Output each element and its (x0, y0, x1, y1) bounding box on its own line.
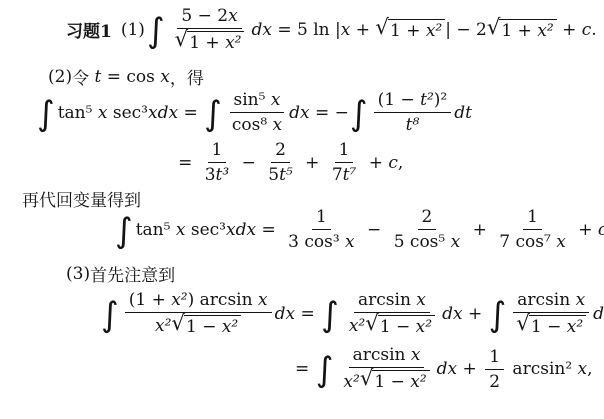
math-fn: arcsin² (507, 359, 578, 379)
integral-symbol: ∫ (204, 97, 222, 131)
numerator: 2 (418, 207, 437, 230)
denominator: 7t⁷ (328, 163, 360, 185)
math-text: | − 2 (445, 20, 487, 40)
math-text: 1 − (380, 317, 416, 337)
math-var: x² (410, 372, 426, 392)
math-var: t³ (216, 165, 230, 185)
math-fn: tan⁵ (136, 220, 176, 240)
differential: dt (454, 103, 472, 123)
math-var: x² (343, 372, 359, 392)
fraction: 5 − 2x √ 1 + x² (171, 6, 249, 53)
math-var: x (258, 290, 268, 310)
numerator: 5 − 2x (177, 6, 241, 29)
math-text: (1 + (129, 290, 172, 310)
math-text: = (256, 220, 281, 240)
sqrt: √ 1 − x² (360, 370, 430, 392)
math-var: c (388, 153, 398, 173)
math-var: t (95, 67, 102, 87)
math-text: 1 − (531, 317, 567, 337)
fraction: arcsin x x² √ 1 − x² (345, 290, 439, 337)
part3-intro-line: (3) 首先注意到 (66, 261, 175, 286)
denominator: 5 cos⁵ x (390, 230, 465, 252)
math-var: c (582, 20, 592, 40)
math-text: + (463, 304, 488, 324)
math-text: 5 − 2 (181, 6, 228, 26)
numerator: 1 (312, 207, 331, 230)
sqrt-content: 1 − x² (372, 370, 429, 392)
part2-label: (2) (48, 67, 72, 87)
integral-symbol: ∫ (115, 214, 133, 248)
math-var: x (160, 67, 170, 87)
numerator: 1 (485, 347, 504, 370)
math-text: , (398, 153, 403, 173)
math-fn: sec³ (185, 220, 226, 240)
math-var: x (273, 115, 283, 135)
math-var: x (451, 232, 461, 252)
math-var: x² (416, 317, 432, 337)
math-var: x (416, 290, 426, 310)
math-fn: 7 cos⁷ (499, 232, 556, 252)
math-text: 1 + (501, 21, 537, 41)
numerator: sin⁵ x (230, 90, 285, 113)
denominator: 3 cos³ x (284, 230, 359, 252)
denominator: 3t³ (201, 163, 233, 185)
math-text: = (178, 153, 198, 173)
math-var: x (98, 103, 108, 123)
radical-symbol: √ (487, 17, 501, 38)
differential: dx (236, 220, 256, 240)
sqrt-content: 1 − x² (184, 315, 241, 337)
math-var: x (148, 103, 158, 123)
radical-symbol: √ (375, 17, 389, 38)
sqrt-content: 1 + x² (187, 31, 244, 53)
sqrt: √ 1 − x² (516, 315, 586, 337)
math-text: = − (310, 103, 349, 123)
differential: dx (437, 359, 457, 379)
denominator: √ 1 + x² (171, 29, 249, 53)
part2-row2-rhs: = 1 3t³ − 2 5t⁵ + 1 7t⁷ + c , (178, 140, 472, 185)
math-text: + (300, 153, 325, 173)
fraction: 2 5 cos⁵ x (390, 207, 465, 252)
math-text: + (467, 220, 492, 240)
sqrt: √ 1 + x² (375, 19, 445, 41)
part3-row1-rhs: = ∫ arcsin x x² √ 1 − x² dx + ∫ arcsin x (295, 290, 604, 337)
denominator: 5t⁵ (264, 163, 296, 185)
integral-symbol: ∫ (316, 353, 334, 387)
denominator: x² √ 1 − x² (151, 313, 245, 337)
cjk-text: 令 (72, 64, 94, 89)
math-var: x (578, 359, 588, 379)
sqrt: √ 1 + x² (487, 19, 557, 41)
math-text: 1 (489, 347, 500, 367)
numerator: 2 (271, 140, 290, 163)
math-text: + (573, 220, 598, 240)
math-fn: arcsin (353, 345, 411, 365)
cjk-text: ，得 (170, 64, 204, 89)
numerator: arcsin x (513, 290, 589, 313)
part2-final-equation: ∫ tan⁵ x sec³xdx = 1 3 cos³ x − 2 5 cos⁵… (114, 207, 604, 252)
numerator: 1 (335, 140, 354, 163)
denominator: √ 1 − x² (512, 313, 590, 337)
integral-symbol: ∫ (321, 298, 339, 332)
integral-symbol: ∫ (101, 298, 119, 332)
sqrt: √ 1 − x² (365, 315, 435, 337)
integral-symbol: ∫ (147, 14, 165, 48)
math-text: + (363, 153, 388, 173)
fraction: 1 2 (485, 347, 504, 392)
differential: dx (593, 304, 604, 324)
math-text: )² (434, 90, 447, 110)
denominator: 2 (485, 370, 504, 392)
math-text: = cos (101, 67, 160, 87)
math-text: 1 − (374, 372, 410, 392)
radical-symbol: √ (516, 313, 530, 334)
math-text: 3 (205, 165, 216, 185)
math-text: + (557, 20, 582, 40)
math-var: x² (567, 317, 583, 337)
math-text: − (362, 220, 387, 240)
math-text: 2 (422, 207, 433, 227)
denominator: 7 cos⁷ x (495, 230, 570, 252)
sqrt-content: 1 + x² (499, 19, 556, 41)
fraction: arcsin x x² √ 1 − x² (339, 345, 433, 392)
math-var: x (226, 220, 236, 240)
math-var: x² (222, 317, 238, 337)
math-text: (1 − (378, 90, 421, 110)
math-text: 1 (339, 140, 350, 160)
differential: dx (442, 304, 462, 324)
math-text: 2 (489, 372, 500, 392)
math-var: x² (225, 33, 241, 53)
differential: dx (275, 304, 295, 324)
math-document-page: 习题1 (1) ∫ 5 − 2x √ 1 + x² dx = 5 ln | x … (0, 0, 604, 419)
math-var: t⁷ (343, 165, 357, 185)
problem1-line: 习题1 (1) ∫ 5 − 2x √ 1 + x² dx = 5 ln | x … (66, 6, 597, 53)
math-var: t⁸ (406, 115, 420, 135)
math-var: x (271, 90, 281, 110)
math-fn: sec³ (107, 103, 148, 123)
fraction: 1 3 cos³ x (284, 207, 359, 252)
sqrt-content: 1 + x² (388, 19, 445, 41)
differential: dx (158, 103, 178, 123)
numerator: arcsin x (349, 345, 425, 368)
fraction: 2 5t⁵ (264, 140, 296, 185)
math-var: c (598, 220, 604, 240)
math-fn: 5 cos⁵ (394, 232, 451, 252)
math-text: , (587, 359, 592, 379)
integral-symbol: ∫ (37, 97, 55, 131)
denominator: cos⁸ x (228, 113, 286, 135)
math-var: x² (155, 316, 171, 336)
math-text: 1 (212, 140, 223, 160)
math-text: + (350, 20, 375, 40)
math-text: 1 + (390, 21, 426, 41)
fraction: 1 3t³ (201, 140, 233, 185)
part3-lhs: ∫ (1 + x²) arcsin x x² √ 1 − x² dx (100, 290, 295, 337)
math-fn: arcsin (358, 290, 416, 310)
denominator: t⁸ (402, 113, 424, 135)
radical-symbol: √ (360, 368, 374, 389)
numerator: 1 (208, 140, 227, 163)
math-text: 7 (332, 165, 343, 185)
fraction: (1 + x²) arcsin x x² √ 1 − x² (125, 290, 272, 337)
math-text: 1 − (186, 317, 222, 337)
math-fn: ) arcsin (188, 290, 258, 310)
fraction: (1 − t²)² t⁸ (374, 90, 452, 135)
math-text: = (295, 304, 320, 324)
align-empty-cell (100, 345, 295, 392)
part2-lhs: ∫ tan⁵ x sec³xdx (36, 90, 178, 135)
math-fn: arcsin (517, 290, 575, 310)
sqrt-content: 1 − x² (529, 315, 586, 337)
math-text: 1 (527, 207, 538, 227)
exercise-heading: 习题1 (66, 17, 112, 42)
part1-label: (1) (121, 20, 145, 40)
integral-symbol: ∫ (350, 97, 368, 131)
math-var: x (341, 20, 351, 40)
part2-intro-line: (2) 令 t = cos x ，得 (48, 64, 204, 89)
math-var: x² (537, 21, 553, 41)
math-var: t² (420, 90, 434, 110)
math-var: x (556, 232, 566, 252)
math-var: x (576, 290, 586, 310)
math-fn: 3 cos³ (288, 232, 345, 252)
fraction: arcsin x √ 1 − x² (512, 290, 590, 337)
math-text: − (236, 153, 261, 173)
math-text: = (295, 359, 315, 379)
sqrt-content: 1 − x² (378, 315, 435, 337)
fraction: 1 7 cos⁷ x (495, 207, 570, 252)
math-text: = (178, 103, 203, 123)
denominator: x² √ 1 − x² (339, 368, 433, 392)
math-fn: sin⁵ (234, 90, 271, 110)
part2-row1-rhs: = ∫ sin⁵ x cos⁸ x dx = − ∫ (1 − t²)² t⁸ … (178, 90, 472, 135)
math-var: x² (171, 290, 187, 310)
numerator: (1 + x²) arcsin x (125, 290, 272, 313)
math-fn: tan⁵ (58, 103, 98, 123)
integral-symbol: ∫ (489, 298, 507, 332)
math-text: 2 (275, 140, 286, 160)
math-text: 1 + (189, 33, 225, 53)
math-var: x² (426, 21, 442, 41)
numerator: arcsin x (354, 290, 430, 313)
math-var: x (411, 345, 421, 365)
numerator: 1 (523, 207, 542, 230)
fraction: sin⁵ x cos⁸ x (228, 90, 286, 135)
math-text: + (457, 359, 482, 379)
math-var: x (228, 6, 238, 26)
radical-symbol: √ (175, 29, 189, 50)
numerator: (1 − t²)² (374, 90, 452, 113)
math-var: t⁵ (279, 165, 293, 185)
cjk-text: 首先注意到 (90, 261, 175, 286)
math-text: . (591, 20, 596, 40)
part2-align-block: ∫ tan⁵ x sec³xdx = ∫ sin⁵ x cos⁸ x dx = … (36, 90, 472, 185)
denominator: x² √ 1 − x² (345, 313, 439, 337)
math-var: x (176, 220, 186, 240)
differential: dx (251, 20, 271, 40)
sqrt: √ 1 + x² (175, 31, 245, 53)
math-var: x² (349, 316, 365, 336)
part3-align-block: ∫ (1 + x²) arcsin x x² √ 1 − x² dx = ∫ a… (100, 290, 604, 393)
differential: dx (289, 103, 309, 123)
math-var: x (345, 232, 355, 252)
sqrt: √ 1 − x² (171, 315, 241, 337)
part3-row2-rhs: = ∫ arcsin x x² √ 1 − x² dx + 1 2 arcsin… (295, 345, 604, 392)
math-text: 5 (268, 165, 279, 185)
math-text: 1 (316, 207, 327, 227)
radical-symbol: √ (171, 313, 185, 334)
math-text: = 5 ln | (272, 20, 341, 40)
fraction: 1 7t⁷ (328, 140, 360, 185)
math-fn: cos⁸ (232, 115, 273, 135)
radical-symbol: √ (365, 313, 379, 334)
part3-label: (3) (66, 264, 90, 284)
align-empty-cell (36, 140, 178, 185)
